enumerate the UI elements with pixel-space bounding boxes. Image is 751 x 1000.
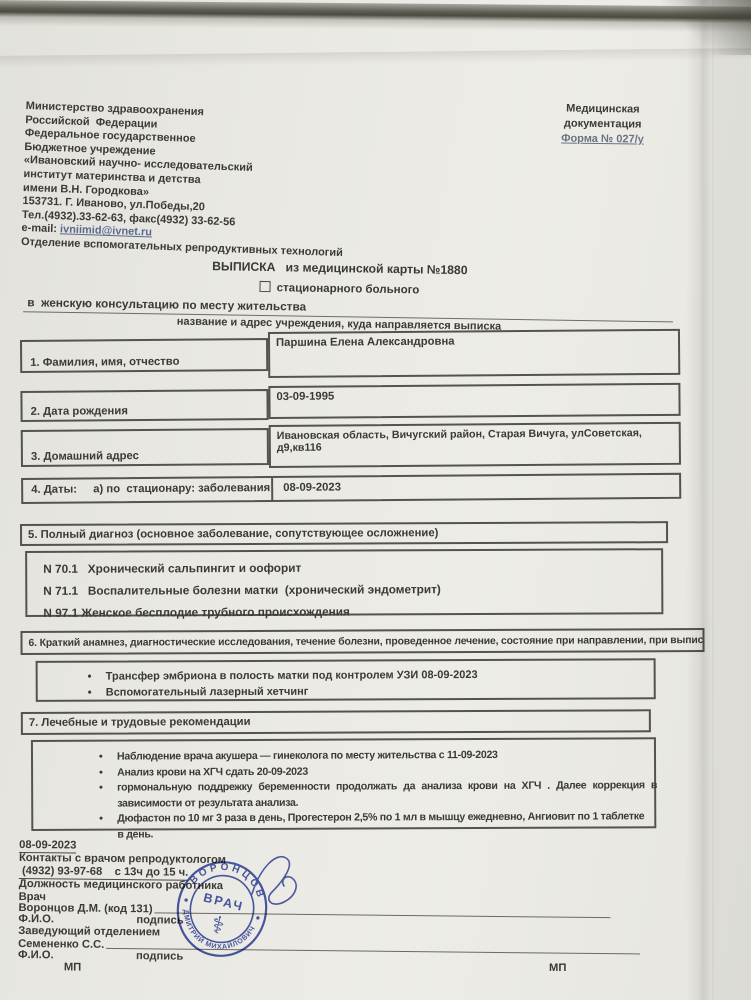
stamp-center-text: ВРАЧ (202, 890, 245, 914)
recommendation-text: Наблюдение врача акушера — гинеколога по… (117, 749, 498, 763)
section7-header: 7. Лечебные и трудовые рекомендации (21, 709, 651, 735)
email-label: e-mail: (21, 222, 60, 235)
field-label-address: 3. Домашний адрес (21, 428, 269, 467)
field-value-text: 08-09-2023 (283, 481, 341, 493)
field-label-birthdate: 2. Дата рождения (20, 389, 268, 422)
fio-sign-caption: Ф.И.О.подпись (18, 949, 183, 963)
field-row-dates: 4. Даты: а) по стационару: заболевания 0… (21, 473, 681, 504)
diagnosis-line: N 70.1 Хронический сальпингит и оофорит (43, 555, 655, 580)
recommendation-text: Дюфастон по 10 мг 3 раза в день, Прогест… (117, 811, 644, 841)
doctor-stamp: ВОРОНЦОВ ДМИТРИЙ МИХАЙЛОВИЧ ВРАЧ ⚕ (160, 846, 350, 976)
paper-right-edge (712, 0, 751, 1000)
field-value-text: Паршина Елена Александровна (276, 336, 455, 349)
section5-header-text: 5. Полный диагноз (основное заболевание,… (28, 527, 438, 541)
anamnesis-item-text: Трансфер эмбриона в полость матки под ко… (106, 669, 478, 683)
issue-date: 08-09-2023 (19, 839, 76, 852)
diagnosis-line: N 71.1 Воспалительные болезни матки (хро… (43, 577, 655, 602)
field-value-birthdate: 03-09-1995 (268, 383, 680, 419)
section5-header: 5. Полный диагноз (основное заболевание,… (20, 521, 668, 546)
mp-left: МП (64, 961, 81, 973)
paper-sheet: Министерство здравоохранения Российской … (0, 0, 751, 1000)
field-label-text: 4. Даты: (31, 484, 77, 496)
field-sublabel-text: а) по стационару: заболевания (93, 482, 270, 495)
section6-header: 6. Краткий анамнез, диагностические иссл… (20, 628, 704, 655)
section6-box: Трансфер эмбриона в полость матки под ко… (36, 658, 656, 702)
diagnosis-box: N 70.1 Хронический сальпингит и оофорит … (25, 548, 663, 617)
section7-header-text: 7. Лечебные и трудовые рекомендации (29, 716, 251, 729)
field-label-text: 1. Фамилия, имя, отчество (30, 356, 179, 369)
field-label-text: 3. Домашний адрес (31, 450, 139, 463)
mp-right: МП (549, 962, 566, 974)
recommendation-text: Анализ крови на ХГЧ сдать 20-09-2023 (117, 765, 308, 778)
field-label-text: 2. Дата рождения (31, 405, 128, 418)
caduceus-icon: ⚕ (208, 911, 227, 940)
section6-header-text: 6. Краткий анамнез, диагностические иссл… (28, 635, 704, 649)
recommendation-item: гормональную поддрежку беременности прод… (93, 778, 657, 812)
diagnosis-line: N 97.1 Женское бесплодие трубного происх… (43, 599, 655, 624)
anamnesis-item-text: Вспомогательный лазерный хетчинг (106, 686, 309, 699)
recommendation-text: гормональную поддрежку беременности прод… (117, 779, 657, 809)
field-value-address: Ивановская область, Вичугский район, Ста… (269, 422, 681, 468)
checkbox-icon (260, 281, 271, 292)
field-value-text: 03-09-1995 (276, 391, 334, 403)
section7-box: Наблюдение врача акушера — гинеколога по… (31, 737, 656, 831)
field-label-fio: 1. Фамилия, имя, отчество (20, 338, 268, 373)
anamnesis-item: Вспомогательный лазерный хетчинг (82, 682, 646, 700)
photographed-document: Министерство здравоохранения Российской … (0, 0, 751, 1000)
email-link: ivniimid@ivnet.ru (60, 224, 152, 239)
field-value-fio: Паршина Елена Александровна (268, 329, 680, 378)
photo-corner-shadow (661, 0, 751, 55)
paper-fold-shadow (686, 0, 714, 1000)
cell-divider (271, 478, 273, 500)
checkbox-label: стационарного больного (277, 282, 420, 296)
field-value-text: Ивановская область, Вичугский район, Ста… (277, 427, 642, 454)
title-block: ВЫПИСКА из медицинской карты №1880 стаци… (9, 256, 670, 335)
recommendation-item: Дюфастон по 10 мг 3 раза в день, Прогест… (93, 810, 648, 844)
